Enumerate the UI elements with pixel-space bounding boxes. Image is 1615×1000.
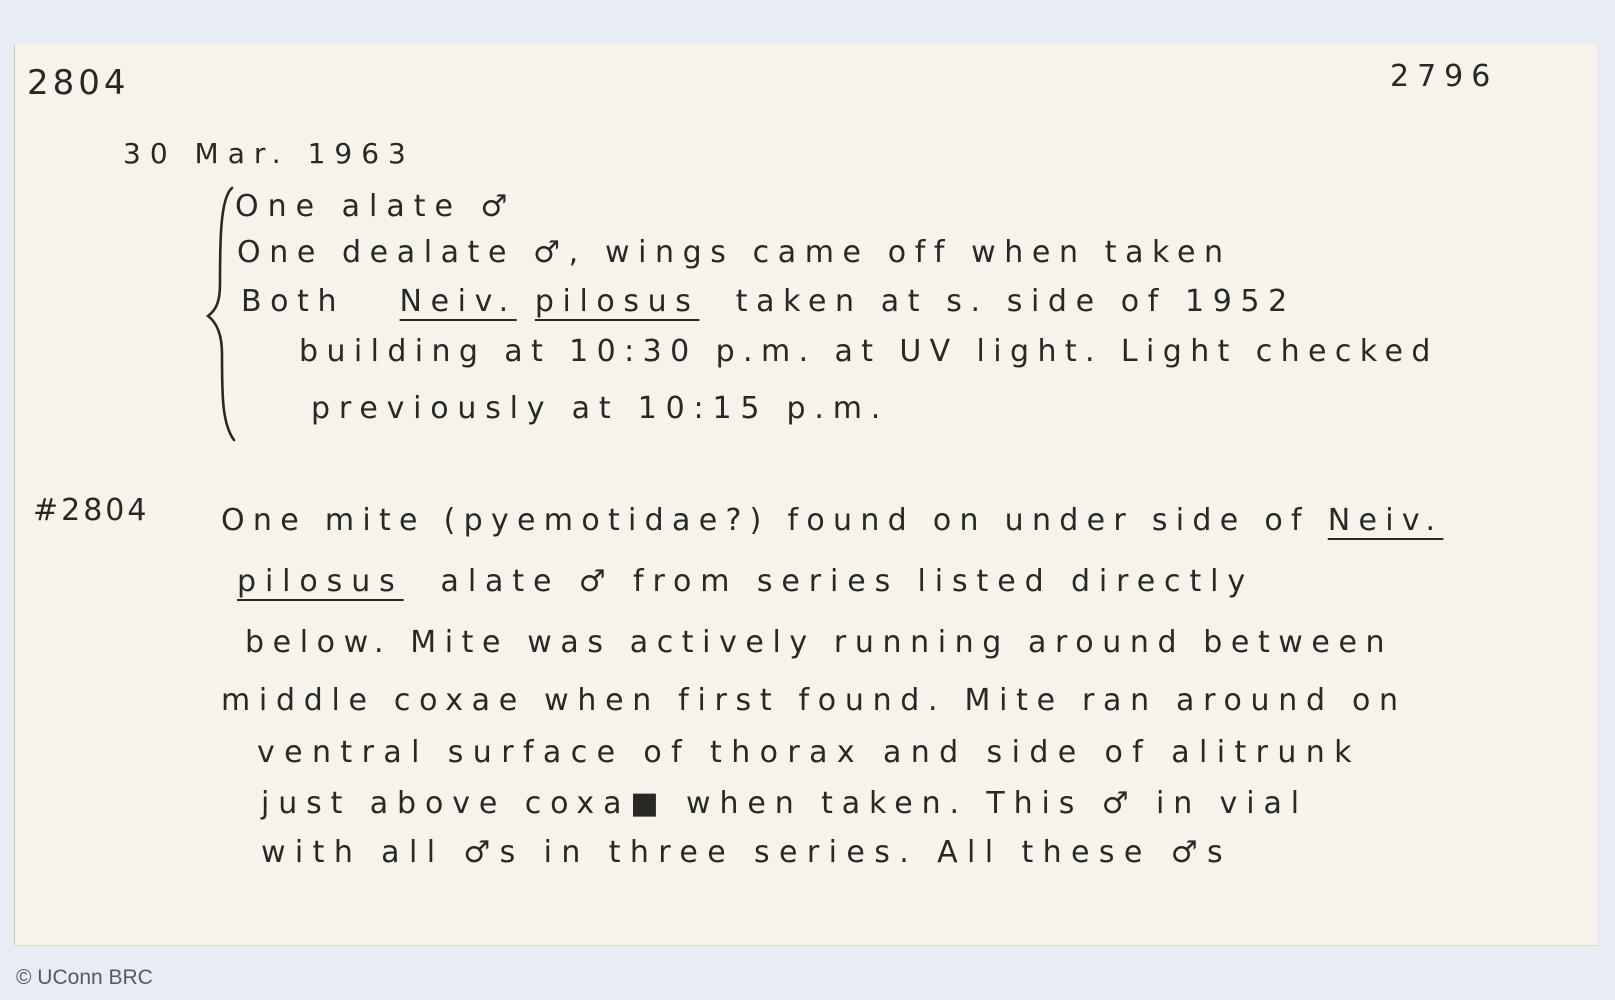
entry-line-4: building at 10:30 p.m. at UV light. Ligh… [299,337,1439,367]
note-line-5: ventral surface of thorax and side of al… [257,738,1361,768]
collection-date: 30 Mar. 1963 [123,140,415,168]
index-card: 2804 2796 30 Mar. 1963 One alate ♂ One d… [15,44,1597,945]
note-line-1: One mite (pyemotidae?) found on under si… [221,506,1443,536]
genus-name: Neiv. [1328,503,1444,538]
note-line-2: pilosus alate ♂ from series listed direc… [237,567,1254,597]
note-line-4: middle coxae when first found. Mite ran … [221,686,1407,716]
card-number-right: 2796 [1390,62,1498,92]
copyright-notice: © UConn BRC [16,966,153,990]
entry-line-5: previously at 10:15 p.m. [311,394,889,424]
note-line-1-text: One mite (pyemotidae?) found on under si… [221,503,1310,538]
entry-line-2: One dealate ♂, wings came off when taken [237,238,1232,268]
species-name: pilosus [237,564,404,599]
card-number-left: 2804 [27,66,130,100]
entry-line-1: One alate ♂ [235,192,516,222]
note-line-3: below. Mite was actively running around … [245,628,1393,658]
entry-line-3-suffix: taken at s. side of 1952 [736,284,1296,319]
note-line-7: with all ♂s in three series. All these ♂… [261,838,1232,868]
genus-name: Neiv. [400,284,517,319]
species-name: pilosus [535,284,700,319]
note-label: #2804 [33,496,149,526]
note-line-6: just above coxa■ when taken. This ♂ in v… [261,789,1308,819]
note-line-2-text: alate ♂ from series listed directly [441,564,1254,599]
entry-line-3-prefix: Both [241,284,345,319]
entry-line-3: Both Neiv. pilosus taken at s. side of 1… [241,287,1296,317]
